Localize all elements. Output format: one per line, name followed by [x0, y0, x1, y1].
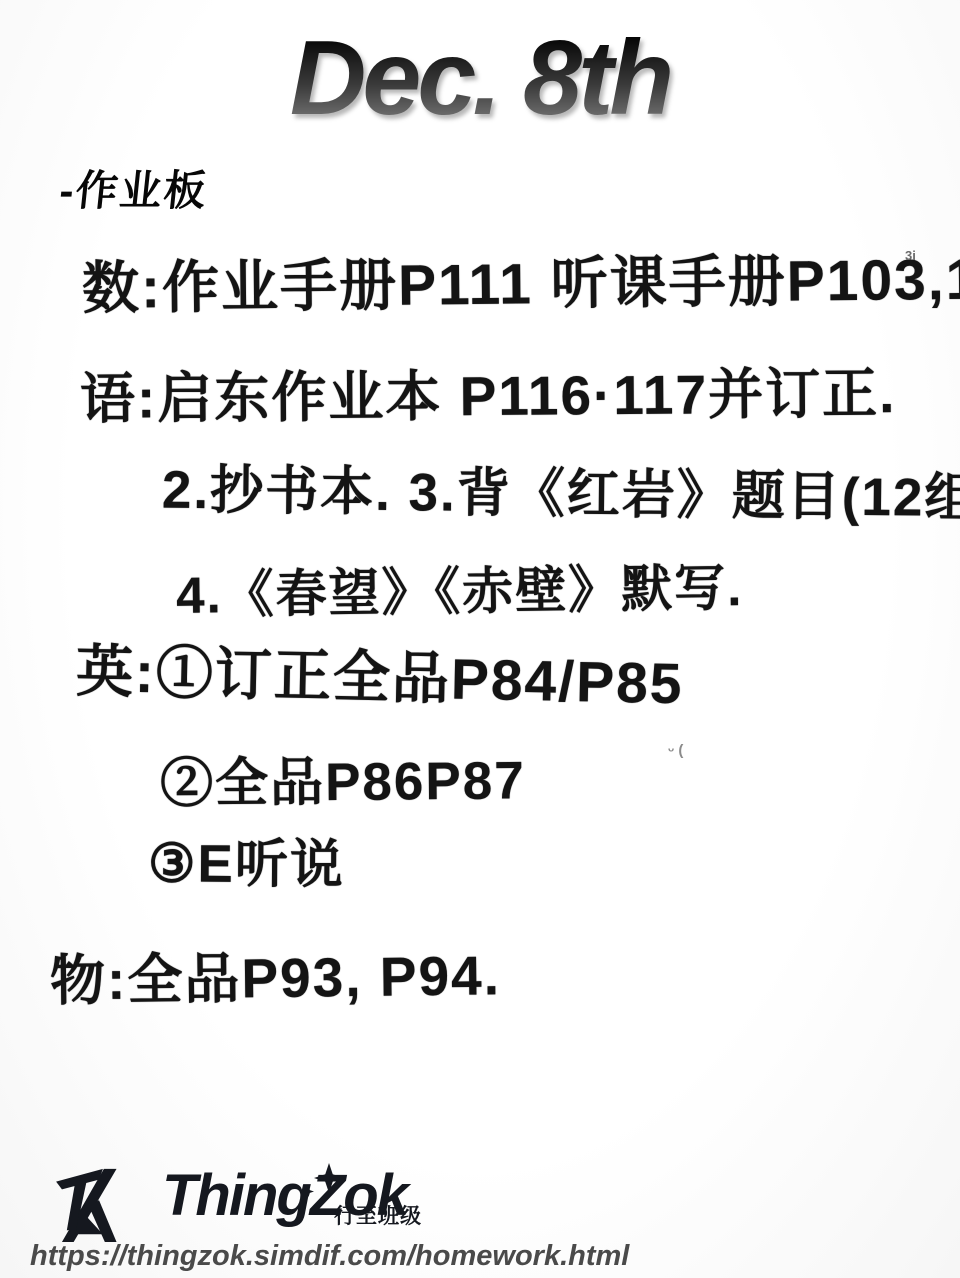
- homework-line-physics: 物:全品P93, P94.: [50, 931, 502, 1016]
- footer-url: https://thingzok.simdif.com/homework.htm…: [30, 1240, 629, 1273]
- thingzok-logo-icon: [44, 1166, 154, 1244]
- sparkle-small-icon: [303, 1186, 314, 1197]
- homework-line-english-2: ②全品P86P87: [160, 738, 526, 817]
- sparkle-icon: [314, 1163, 344, 1193]
- brand-tagline: 行至班级: [334, 1200, 422, 1230]
- stray-mark: ᵕ (: [668, 742, 683, 759]
- homework-line-chinese-2: 2.抄书本. 3.背《红岩》题目(12组): [162, 448, 960, 533]
- homework-line-english-1: 英:①订正全品P84/P85: [75, 626, 684, 721]
- stray-mark: 3i: [905, 248, 916, 263]
- section-label: -作业板: [57, 158, 211, 218]
- homework-line-chinese-3: 4.《春望》《赤壁》默写.: [176, 546, 744, 628]
- homework-line-chinese-1: 语:启东作业本 P116·117并订正.: [80, 349, 897, 434]
- homework-board-photo: Dec. 8th -作业板 数:作业手册P111 听课手册P103,104 语:…: [0, 0, 960, 1278]
- homework-line-english-3: ③E听说: [148, 821, 345, 898]
- homework-line-math: 数:作业手册P111 听课手册P103,104: [82, 233, 960, 325]
- date-title: Dec. 8th: [0, 18, 960, 139]
